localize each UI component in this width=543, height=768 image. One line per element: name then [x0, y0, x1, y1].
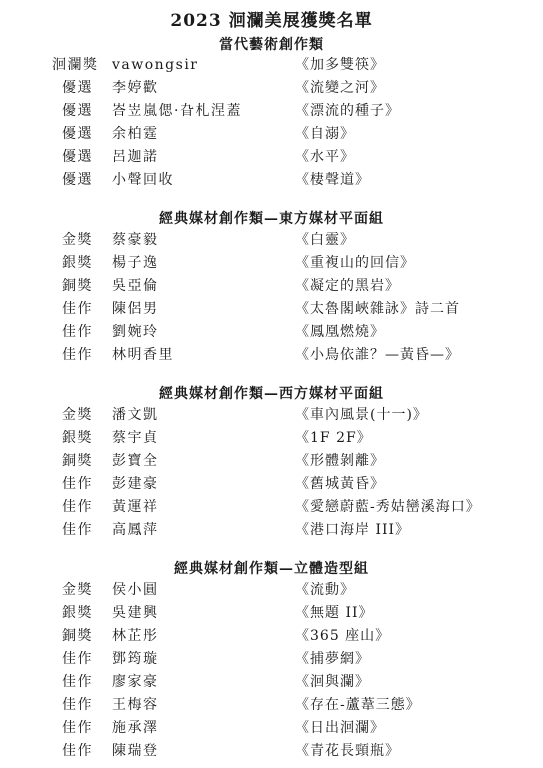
award-level: 銅獎 [62, 450, 110, 472]
award-entry: 佳作 林明香里 《小鳥依誰？—黃昏—》 [0, 344, 543, 366]
winner-name: 彭寶全 [112, 450, 159, 472]
winner-name: 彭建豪 [112, 473, 159, 495]
document-title: 2023 洄瀾美展獲獎名單 [0, 6, 543, 31]
award-entry: 金獎 侯小圓 《流動》 [0, 579, 543, 601]
award-entry: 佳作 鄧筠璇 《捕夢網》 [0, 648, 543, 670]
winner-name: 劉婉玲 [112, 321, 159, 343]
winner-name: 蔡宇貞 [112, 427, 159, 449]
work-title: 《日出洄瀾》 [295, 717, 385, 739]
work-title: 《捕夢網》 [295, 648, 370, 670]
work-title: 《港口海岸 III》 [295, 519, 410, 541]
winner-name: 施承澤 [112, 717, 159, 739]
award-entry: 銀獎 蔡宇貞 《1F 2F》 [0, 427, 543, 449]
winner-name: 廖家豪 [112, 671, 159, 693]
winner-name: 呂迦諾 [112, 146, 159, 168]
award-level: 銅獎 [62, 625, 110, 647]
award-entry: 優選 小聲回收 《棲聲道》 [0, 169, 543, 191]
award-level: 佳作 [62, 298, 110, 320]
award-entry: 優選 呂迦諾 《水平》 [0, 146, 543, 168]
award-level: 優選 [62, 146, 110, 168]
work-title: 《小鳥依誰？—黃昏—》 [295, 344, 460, 366]
work-title: 《形體剝離》 [295, 450, 385, 472]
work-title: 《自溺》 [295, 123, 355, 145]
work-title: 《舊城黃昏》 [295, 473, 385, 495]
winner-name: 鄧筠璇 [112, 648, 159, 670]
award-entry: 佳作 陳瑞登 《青花長頸瓶》 [0, 740, 543, 762]
work-title: 《流變之河》 [295, 77, 385, 99]
award-entry: 佳作 施承澤 《日出洄瀾》 [0, 717, 543, 739]
work-title: 《棲聲道》 [295, 169, 370, 191]
work-title: 《青花長頸瓶》 [295, 740, 400, 762]
award-entry: 佳作 廖家豪 《洄與瀾》 [0, 671, 543, 693]
winner-name: 侯小圓 [112, 579, 159, 601]
award-entry: 佳作 陳侶男 《太魯閣峽雜詠》詩二首 [0, 298, 543, 320]
work-title: 《愛戀蔚藍-秀姑巒溪海口》 [295, 496, 481, 518]
winner-name: 黃運祥 [112, 496, 159, 518]
award-level: 洄瀾獎 [52, 54, 99, 76]
work-title: 《加多雙筷》 [295, 54, 385, 76]
winner-name: vawongsir [112, 54, 199, 76]
award-level: 佳作 [62, 648, 110, 670]
work-title: 《凝定的黑岩》 [295, 275, 400, 297]
work-title: 《1F 2F》 [295, 427, 372, 449]
work-title: 《365 座山》 [295, 625, 390, 647]
work-title: 《車內風景(十一)》 [295, 404, 428, 426]
award-level: 優選 [62, 123, 110, 145]
award-level: 金獎 [62, 404, 110, 426]
work-title: 《流動》 [295, 579, 355, 601]
work-title: 《太魯閣峽雜詠》詩二首 [295, 298, 460, 320]
award-entry: 金獎 蔡豪毅 《白靈》 [0, 229, 543, 251]
award-entry: 銅獎 吳亞倫 《凝定的黑岩》 [0, 275, 543, 297]
award-level: 優選 [62, 100, 110, 122]
winner-name: 陳瑞登 [112, 740, 159, 762]
award-entry: 佳作 彭建豪 《舊城黃昏》 [0, 473, 543, 495]
award-level: 佳作 [62, 717, 110, 739]
award-level: 佳作 [62, 671, 110, 693]
award-level: 優選 [62, 77, 110, 99]
award-entry: 金獎 潘文凱 《車內風景(十一)》 [0, 404, 543, 426]
award-level: 銅獎 [62, 275, 110, 297]
winner-name: 潘文凱 [112, 404, 159, 426]
award-level: 銀獎 [62, 427, 110, 449]
award-entry: 優選 李婷歡 《流變之河》 [0, 77, 543, 99]
award-entry: 洄瀾獎 vawongsir 《加多雙筷》 [0, 54, 543, 76]
award-level: 銀獎 [62, 252, 110, 274]
winner-name: 林芷彤 [112, 625, 159, 647]
award-level: 佳作 [62, 344, 110, 366]
award-entry: 銀獎 楊子逸 《重複山的回信》 [0, 252, 543, 274]
winner-name: 余柏霆 [112, 123, 159, 145]
winner-name: 蔡豪毅 [112, 229, 159, 251]
section-heading-western-media: 經典媒材創作類—西方媒材平面組 [0, 383, 543, 403]
award-entry: 佳作 劉婉玲 《鳳凰燃燒》 [0, 321, 543, 343]
winner-name: 李婷歡 [112, 77, 159, 99]
winner-name: 王梅容 [112, 694, 159, 716]
award-level: 佳作 [62, 496, 110, 518]
section-heading-eastern-media: 經典媒材創作類—東方媒材平面組 [0, 208, 543, 228]
award-entry: 優選 峇岦嵐偲·旮札涅蓋 《漂流的種子》 [0, 100, 543, 122]
award-level: 金獎 [62, 579, 110, 601]
work-title: 《水平》 [295, 146, 355, 168]
award-entry: 佳作 王梅容 《存在-蘆葦三態》 [0, 694, 543, 716]
award-level: 佳作 [62, 473, 110, 495]
award-entry: 銅獎 彭寶全 《形體剝離》 [0, 450, 543, 472]
winner-name: 吳亞倫 [112, 275, 159, 297]
award-level: 優選 [62, 169, 110, 191]
work-title: 《重複山的回信》 [295, 252, 415, 274]
award-level: 銀獎 [62, 602, 110, 624]
winner-name: 林明香里 [112, 344, 174, 366]
winner-name: 小聲回收 [112, 169, 174, 191]
winner-name: 高鳳萍 [112, 519, 159, 541]
section-heading-contemporary: 當代藝術創作類 [0, 34, 543, 54]
award-level: 佳作 [62, 740, 110, 762]
work-title: 《無題 II》 [295, 602, 374, 624]
award-level: 佳作 [62, 694, 110, 716]
award-level: 金獎 [62, 229, 110, 251]
winner-name: 陳侶男 [112, 298, 159, 320]
award-level: 佳作 [62, 321, 110, 343]
award-entry: 銀獎 吳建興 《無題 II》 [0, 602, 543, 624]
award-level: 佳作 [62, 519, 110, 541]
winner-name: 峇岦嵐偲·旮札涅蓋 [112, 100, 242, 122]
section-heading-sculpture: 經典媒材創作類—立體造型組 [0, 558, 543, 578]
award-entry: 優選 余柏霆 《自溺》 [0, 123, 543, 145]
work-title: 《鳳凰燃燒》 [295, 321, 385, 343]
work-title: 《白靈》 [295, 229, 355, 251]
winner-name: 吳建興 [112, 602, 159, 624]
work-title: 《存在-蘆葦三態》 [295, 694, 421, 716]
winner-name: 楊子逸 [112, 252, 159, 274]
award-entry: 銅獎 林芷彤 《365 座山》 [0, 625, 543, 647]
award-entry: 佳作 高鳳萍 《港口海岸 III》 [0, 519, 543, 541]
work-title: 《洄與瀾》 [295, 671, 370, 693]
award-entry: 佳作 黃運祥 《愛戀蔚藍-秀姑巒溪海口》 [0, 496, 543, 518]
work-title: 《漂流的種子》 [295, 100, 400, 122]
